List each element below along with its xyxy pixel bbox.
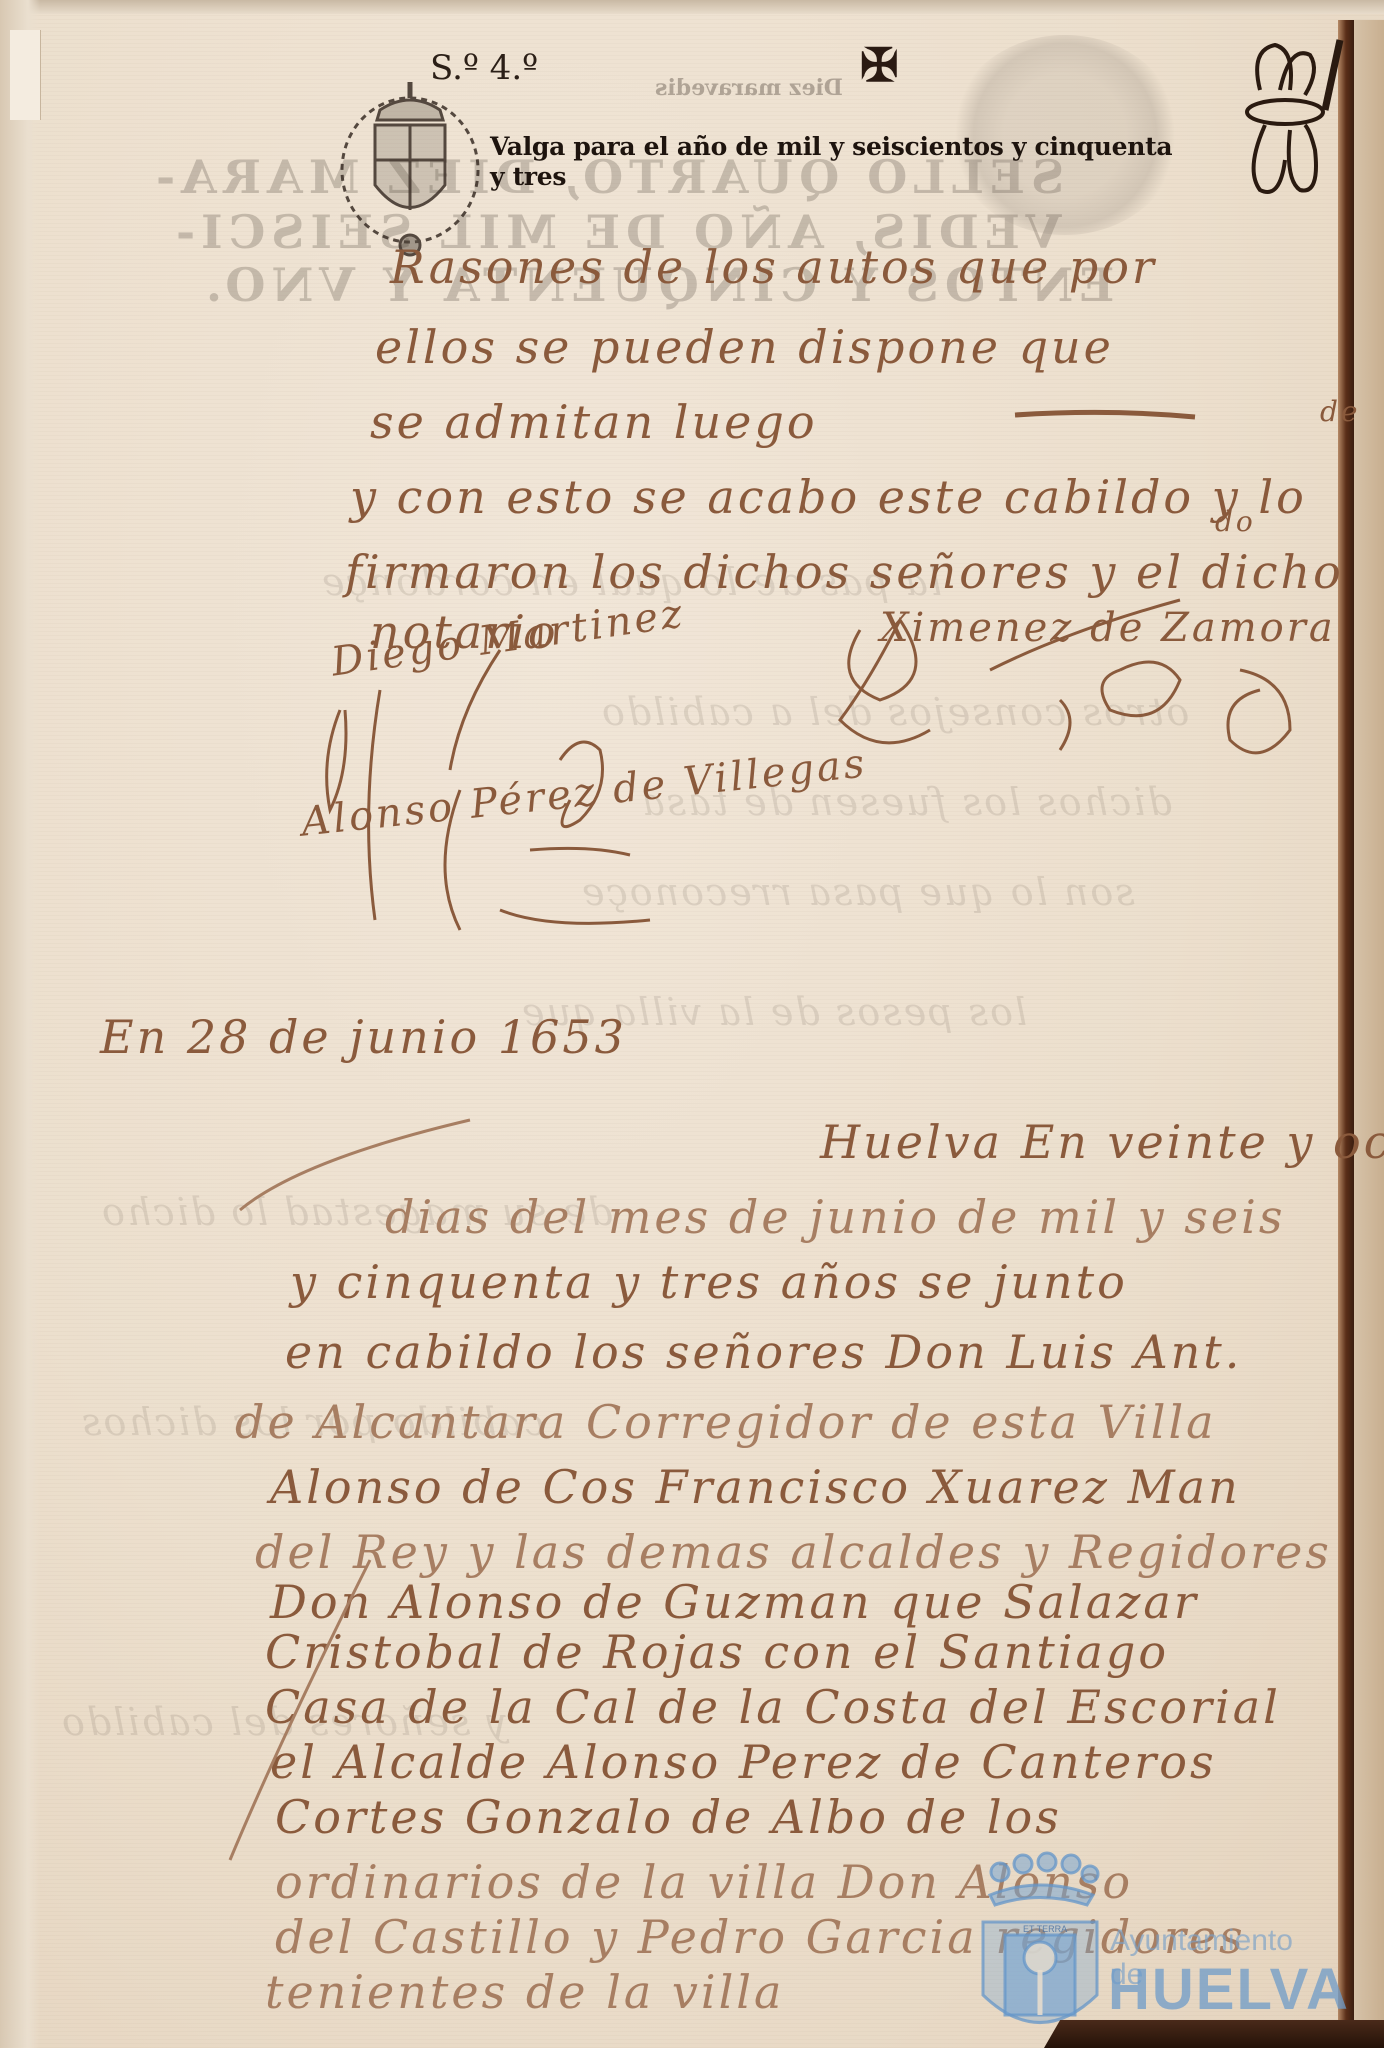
manuscript-page: SELLO QUARTO, DIEZ MARA- VEDIS, AÑO DE M… [0, 0, 1384, 2048]
handwritten-line: Rasones de los autos que por [390, 240, 1157, 294]
handwritten-line: Alonso de Cos Francisco Xuarez Man [270, 1460, 1241, 1514]
cross-icon: ✠ [860, 38, 899, 92]
handwritten-line: Casa de la Cal de la Costa del Escorial [265, 1680, 1281, 1734]
handwritten-line: Huelva En veinte y ocho [820, 1115, 1384, 1169]
signature-flourish [820, 560, 1320, 790]
handwritten-line: el Alcalde Alonso Perez de Canteros [270, 1735, 1217, 1789]
signature-flourish [300, 590, 860, 950]
ayuntamiento-huelva-watermark: ET TERRA Ayuntamiento de HUELVA [975, 1850, 1285, 2045]
stamp-validity-text: Valga para el año de mil y seiscientos y… [490, 132, 1172, 192]
watermark-title: HUELVA [1108, 1956, 1350, 2023]
handwritten-line: del Rey y las demas alcaldes y Regidores [255, 1525, 1332, 1579]
page-left-edge [0, 0, 40, 2048]
shield-motto: ET TERRA [1023, 1924, 1067, 1934]
paragraph-flourish [220, 1100, 500, 1220]
handwritten-line: dias del mes de junio de mil y seis [385, 1190, 1285, 1244]
handwritten-line: en cabildo los señores Don Luis Ant. [285, 1325, 1242, 1379]
page-bottom-shadow [1044, 2020, 1384, 2048]
handwritten-line: y cinquenta y tres años se junto [290, 1255, 1128, 1309]
margin-note: de [1320, 395, 1361, 428]
handwritten-line: ellos se pueden dispone que [375, 320, 1114, 374]
handwritten-line: de Alcantara Corregidor de esta Villa [235, 1395, 1217, 1449]
page-corner-fold [10, 30, 41, 120]
stamp-value-bleed: Diez maravedis [655, 75, 843, 101]
date-heading: En 28 de junio 1653 [100, 1010, 627, 1064]
margin-stroke [200, 1540, 400, 1880]
underline-stroke [1010, 405, 1200, 425]
rubric-flourish-icon [1240, 30, 1350, 200]
stamp-validity-line: Valga para el año de mil y seiscientos y… [490, 132, 1172, 162]
adjacent-page-edge [1354, 20, 1384, 2030]
handwritten-line: Cristobal de Rojas con el Santiago [265, 1625, 1169, 1679]
handwritten-line: tenientes de la villa [265, 1965, 784, 2019]
stamp-validity-line: y tres [490, 162, 1172, 192]
binding-gutter [1338, 20, 1354, 2030]
handwritten-line: se admitan luego [370, 395, 818, 449]
handwritten-line: Don Alonso de Guzman que Salazar [270, 1575, 1199, 1629]
handwritten-line: y con esto se acabo este cabildo y lo [350, 470, 1307, 524]
huelva-shield-icon: ET TERRA [975, 1850, 1105, 2045]
margin-note: do [1215, 505, 1256, 538]
coat-of-arms-icon [325, 80, 495, 260]
page-top-edge [0, 0, 1384, 14]
